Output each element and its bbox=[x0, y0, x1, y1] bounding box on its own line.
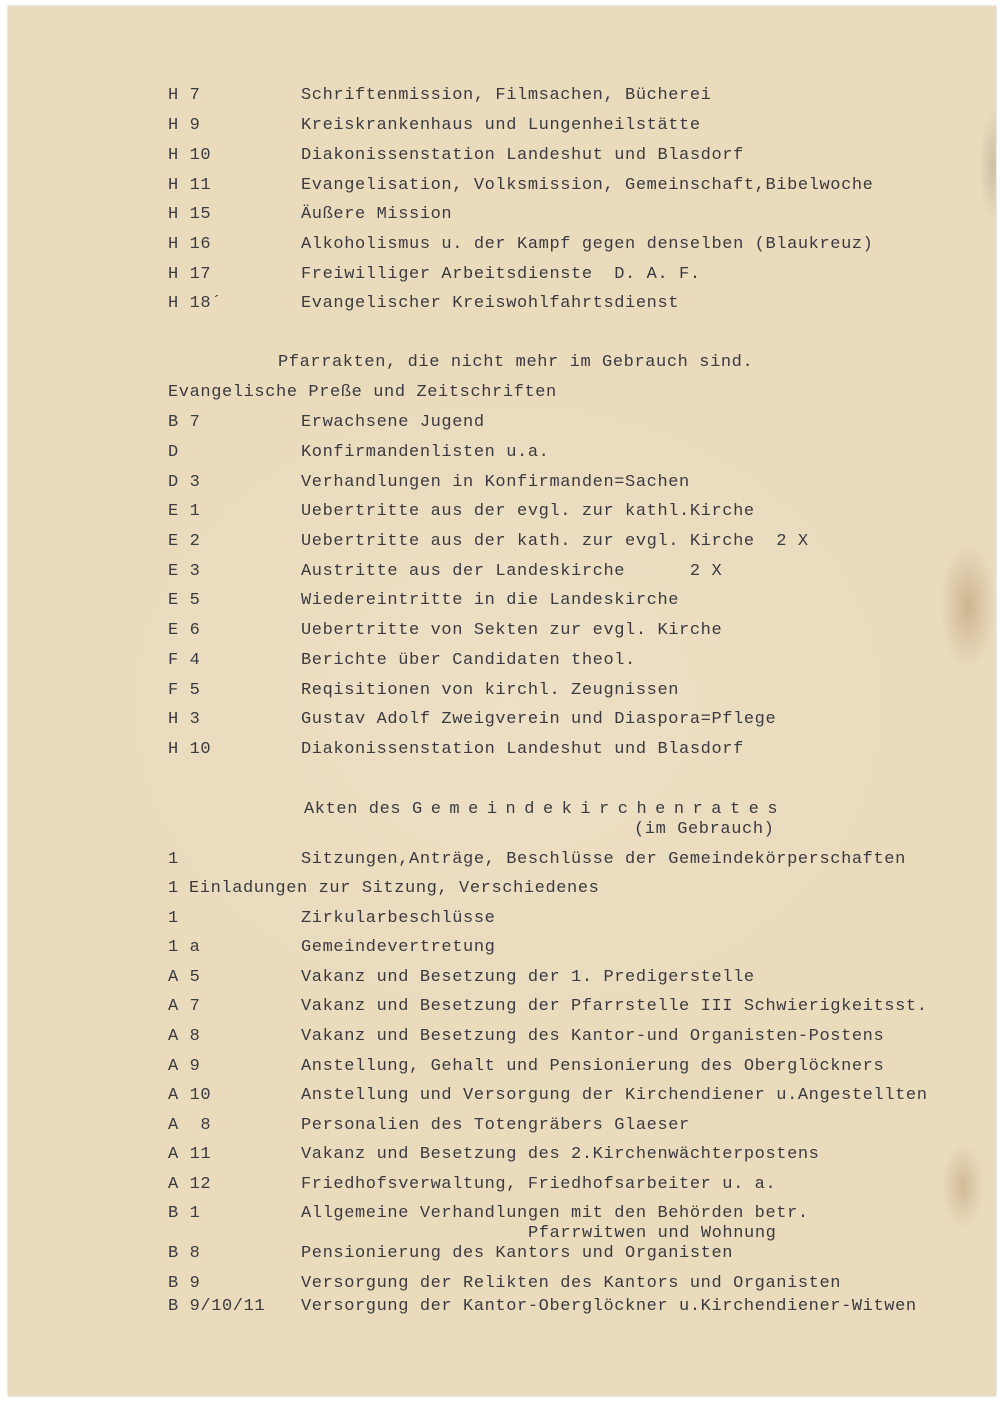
section-subheading: (im Gebrauch) bbox=[634, 820, 774, 840]
entry-text: Gemeindevertretung bbox=[301, 938, 495, 958]
entry-code: A 10 bbox=[168, 1086, 211, 1106]
entry-code: 1 bbox=[168, 850, 179, 870]
entry-text: Personalien des Totengräbers Glaeser bbox=[301, 1116, 690, 1136]
entry-code: 1 bbox=[168, 909, 179, 929]
entry-code: 1 a bbox=[168, 938, 200, 958]
section-heading: Pfarrakten, die nicht mehr im Gebrauch s… bbox=[278, 353, 753, 373]
entry-code: B 8 bbox=[168, 1244, 200, 1264]
document-page: H 7Schriftenmission, Filmsachen, Büchere… bbox=[8, 6, 996, 1396]
entry-text: Konfirmandenlisten u.a. bbox=[301, 443, 549, 463]
entry-text: Uebertritte von Sekten zur evgl. Kirche bbox=[301, 621, 722, 641]
section-heading: Akten des Gemeindekirchenrates bbox=[304, 800, 786, 820]
heading-spaced: Gemeindekirchenrates bbox=[412, 800, 786, 819]
entry-text: Uebertritte aus der evgl. zur kathl.Kirc… bbox=[301, 502, 755, 522]
entry-code: E 5 bbox=[168, 591, 200, 611]
entry-text: Diakonissenstation Landeshut und Blasdor… bbox=[301, 146, 744, 166]
entry-text: Kreiskrankenhaus und Lungenheilstätte bbox=[301, 116, 701, 136]
entry-code: E 6 bbox=[168, 621, 200, 641]
section-subheading: Evangelische Preße und Zeitschriften bbox=[168, 383, 557, 403]
entry-text: Sitzungen,Anträge, Beschlüsse der Gemein… bbox=[301, 850, 906, 870]
entry-code: H 9 bbox=[168, 116, 200, 136]
entry-code: H 3 bbox=[168, 710, 200, 730]
entry-code: A 5 bbox=[168, 968, 200, 988]
entry-text: Friedhofsverwaltung, Friedhofsarbeiter u… bbox=[301, 1175, 776, 1195]
entry-text: Diakonissenstation Landeshut und Blasdor… bbox=[301, 740, 744, 760]
entry-text: Verhandlungen in Konfirmanden=Sachen bbox=[301, 473, 690, 493]
entry-text: Allgemeine Verhandlungen mit den Behörde… bbox=[301, 1204, 809, 1224]
entry-text: Einladungen zur Sitzung, Verschiedenes bbox=[189, 879, 599, 899]
entry-text: Vakanz und Besetzung der Pfarrstelle III… bbox=[301, 997, 928, 1017]
entry-text: Versorgung der Relikten des Kantors und … bbox=[301, 1274, 841, 1294]
entry-code: H 7 bbox=[168, 86, 200, 106]
entry-text: Äußere Mission bbox=[301, 205, 452, 225]
entry-code: B 9 bbox=[168, 1274, 200, 1294]
entry-text: Freiwilliger Arbeitsdienste D. A. F. bbox=[301, 265, 701, 285]
entry-code: A 9 bbox=[168, 1057, 200, 1077]
entry-text: Vakanz und Besetzung des Kantor-und Orga… bbox=[301, 1027, 884, 1047]
entry-text: Anstellung, Gehalt und Pensionierung des… bbox=[301, 1057, 884, 1077]
entry-continuation: Pfarrwitwen und Wohnung bbox=[528, 1224, 776, 1244]
entry-text: Schriftenmission, Filmsachen, Bücherei bbox=[301, 86, 711, 106]
entry-text: Vakanz und Besetzung der 1. Predigerstel… bbox=[301, 968, 755, 988]
entry-text: Vakanz und Besetzung des 2.Kirchenwächte… bbox=[301, 1145, 819, 1165]
entry-code: F 5 bbox=[168, 681, 200, 701]
entry-code: B 7 bbox=[168, 413, 200, 433]
entry-code: H 10 bbox=[168, 146, 211, 166]
entry-code: H 17 bbox=[168, 265, 211, 285]
entry-code: A 12 bbox=[168, 1175, 211, 1195]
entry-code: A 8 bbox=[168, 1116, 211, 1136]
entry-code: E 3 bbox=[168, 562, 200, 582]
entry-text: Erwachsene Jugend bbox=[301, 413, 485, 433]
entry-text: Reqisitionen von kirchl. Zeugnissen bbox=[301, 681, 679, 701]
entry-text: Evangelischer Kreiswohlfahrtsdienst bbox=[301, 294, 679, 314]
entry-code: F 4 bbox=[168, 651, 200, 671]
entry-code: E 2 bbox=[168, 532, 200, 552]
entry-text: Berichte über Candidaten theol. bbox=[301, 651, 636, 671]
entry-code: H 15 bbox=[168, 205, 211, 225]
entry-text: Pensionierung des Kantors und Organisten bbox=[301, 1244, 733, 1264]
entry-code: H 10 bbox=[168, 740, 211, 760]
heading-prefix: Akten des bbox=[304, 800, 401, 819]
entry-text: Uebertritte aus der kath. zur evgl. Kirc… bbox=[301, 532, 809, 552]
entry-code: B 1 bbox=[168, 1204, 200, 1224]
entry-code: A 7 bbox=[168, 997, 200, 1017]
entry-text: Evangelisation, Volksmission, Gemeinscha… bbox=[301, 176, 874, 196]
entry-text: Anstellung und Versorgung der Kirchendie… bbox=[301, 1086, 928, 1106]
entry-text: Versorgung der Kantor-Oberglöckner u.Kir… bbox=[301, 1297, 917, 1317]
entry-code: A 8 bbox=[168, 1027, 200, 1047]
entry-text: Gustav Adolf Zweigverein und Diaspora=Pf… bbox=[301, 710, 776, 730]
entry-code: A 11 bbox=[168, 1145, 211, 1165]
entry-code: H 18´ bbox=[168, 294, 222, 314]
entry-text: Austritte aus der Landeskirche 2 X bbox=[301, 562, 722, 582]
entry-code: 1 bbox=[168, 879, 179, 899]
entry-text: Zirkularbeschlüsse bbox=[301, 909, 495, 929]
entry-code: B 9/10/11 bbox=[168, 1297, 265, 1317]
entry-text: Wiedereintritte in die Landeskirche bbox=[301, 591, 679, 611]
entry-code: E 1 bbox=[168, 502, 200, 522]
entry-code: H 11 bbox=[168, 176, 211, 196]
entry-code: D 3 bbox=[168, 473, 200, 493]
entry-code: H 16 bbox=[168, 235, 211, 255]
entry-text: Alkoholismus u. der Kampf gegen denselbe… bbox=[301, 235, 874, 255]
entry-code: D bbox=[168, 443, 179, 463]
